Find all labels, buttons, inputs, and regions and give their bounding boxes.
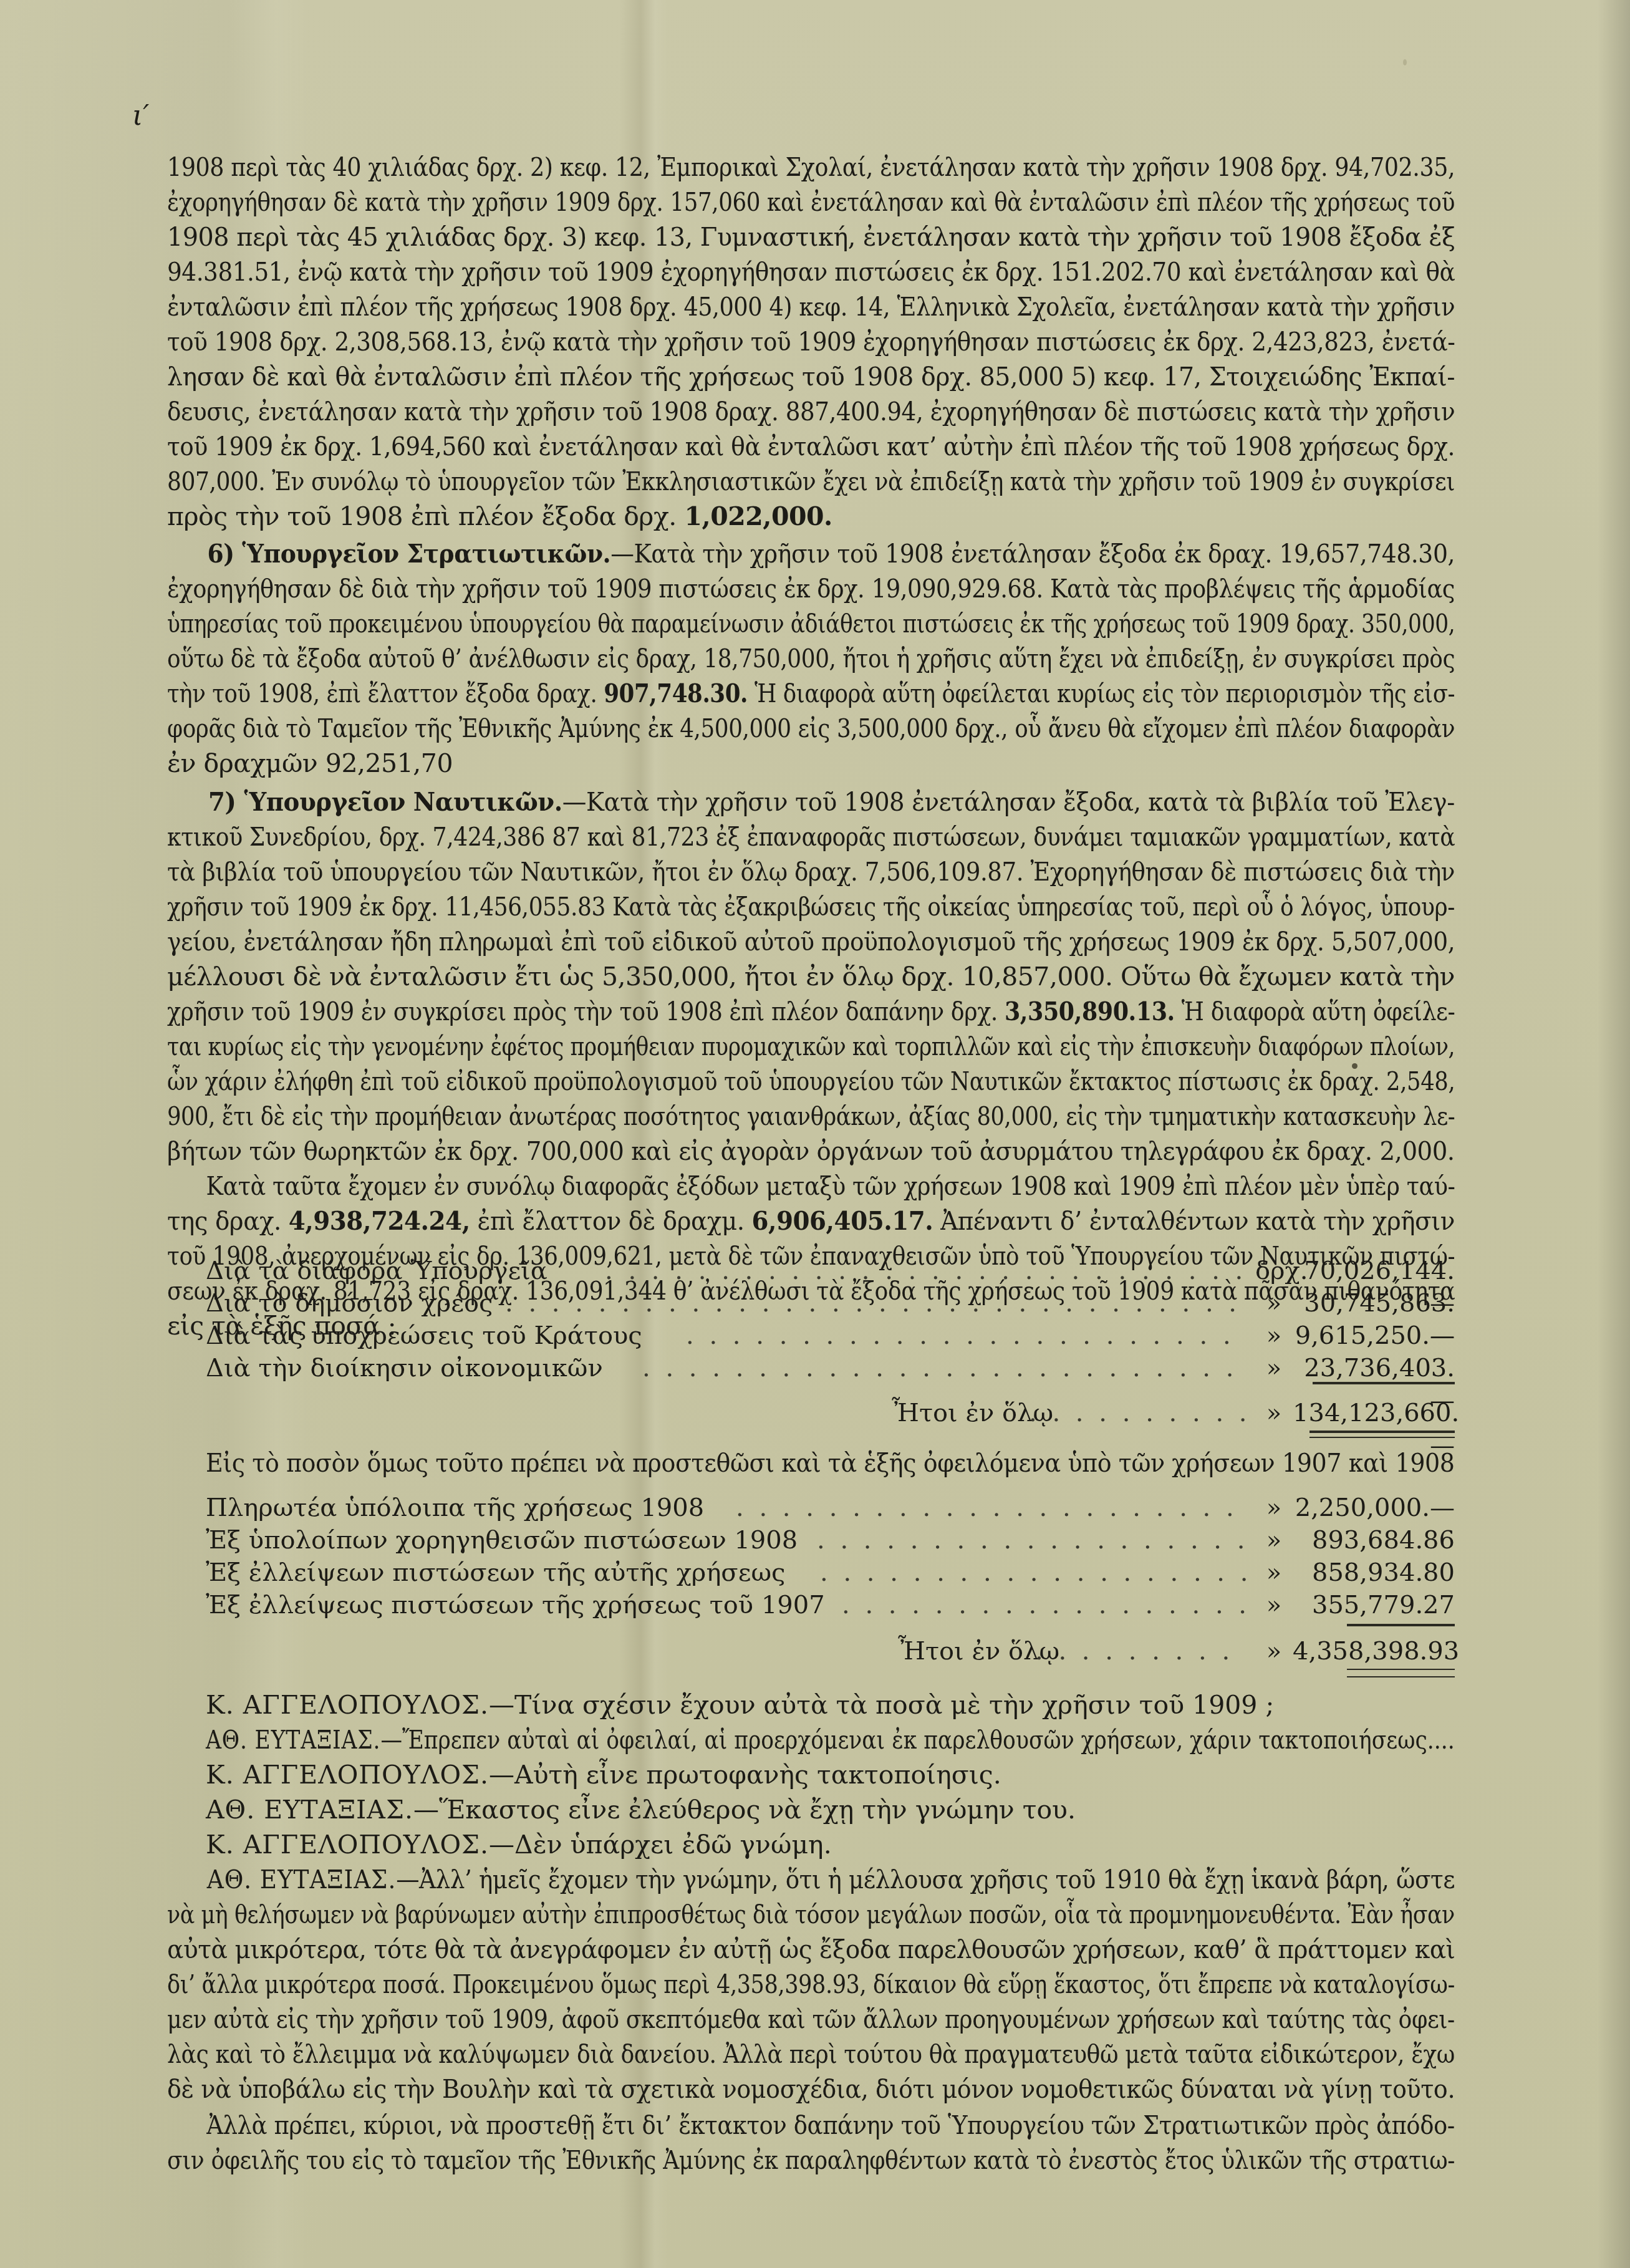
text-line: δὲ νὰ ὑποβάλω εἰς τὴν Βουλὴν καὶ τὰ σχετ… xyxy=(167,2072,1455,2106)
double-rule-bottom xyxy=(1309,1437,1455,1438)
table-row: Ἐξ ἐλλείψεως πιστώσεων τῆς χρήσεως τοῦ 1… xyxy=(206,1589,1455,1621)
text-line: τοῦ 1908 δρχ. 2,308,568.13, ἐνῷ κατὰ τὴν… xyxy=(167,324,1455,359)
dot-leader: . . . . . . . . . . . . . . . . . . . . … xyxy=(820,1556,1247,1589)
text-line: 1908 περὶ τὰς 40 χιλιάδας δρχ. 2) κεφ. 1… xyxy=(167,150,1455,185)
table-row: Διὰ τὰς ὑποχρεώσεις τοῦ Κράτους . . . . … xyxy=(206,1320,1455,1352)
currency-unit: » xyxy=(1255,1492,1293,1524)
bold-amount: 4,938,724.24, xyxy=(289,1206,470,1236)
table-total-row: Ἦτοι ἐν ὅλῳ . . . . . . . . . . . . . . … xyxy=(206,1635,1455,1667)
text-line: χρῆσιν τοῦ 1909 ἐν συγκρίσει πρὸς τὴν το… xyxy=(167,994,1455,1029)
row-label: Διὰ τὴν διοίκησιν οἰκονομικῶν xyxy=(206,1352,603,1384)
text-line: 807,000. Ἐν συνόλῳ τὸ ὑπουργεῖον τῶν Ἐκκ… xyxy=(167,464,1455,499)
currency-unit: » xyxy=(1255,1397,1293,1429)
dialogue-line: ΑΘ. ΕΥΤΑΞΙΑΣ.—Ἔπρεπεν αὐταὶ αἱ ὀφειλαί, … xyxy=(206,1722,1455,1757)
text-line: σιν ὀφειλῆς του εἰς τὸ ταμεῖον τῆς Ἐθνικ… xyxy=(167,2143,1455,2178)
speaker-name: Κ. ΑΓΓΕΛΟΠΟΥΛΟΣ. xyxy=(206,1760,489,1790)
text-line: ΑΘ. ΕΥΤΑΞΙΑΣ.—Ἀλλ’ ἡμεῖς ἔχομεν τὴν γνώμ… xyxy=(167,1862,1455,1897)
text-line: ἐχορηγήθησαν δὲ κατὰ τὴν χρῆσιν 1909 δρχ… xyxy=(167,185,1455,220)
table-row: Ἐξ ἐλλείψεων πιστώσεων τῆς αὐτῆς χρήσεως… xyxy=(206,1556,1455,1589)
dialogue-line: Κ. ΑΓΓΕΛΟΠΟΥΛΟΣ.—Τίνα σχέσιν ἔχουν αὐτὰ … xyxy=(206,1687,1274,1722)
text-line: μέλλουσι δὲ νὰ ἐνταλῶσιν ἔτι ὡς 5,350,00… xyxy=(167,959,1455,994)
currency-unit: » xyxy=(1255,1524,1293,1556)
text-line: Ἀλλὰ πρέπει, κύριοι, νὰ προστεθῇ ἔτι δι’… xyxy=(167,2108,1455,2143)
dialogue-line: Κ. ΑΓΓΕΛΟΠΟΥΛΟΣ.—Δὲν ὑπάρχει ἐδῶ γνώμη. xyxy=(206,1827,832,1862)
speaker-name: ΑΘ. ΕΥΤΑΞΙΑΣ. xyxy=(206,1795,413,1825)
bold-amount: 907,748.30. xyxy=(604,678,748,708)
row-label: Διὰ τὰ διάφορα Ὑπουργεῖα xyxy=(206,1255,547,1287)
text-line: 7) Ὑπουργεῖον Ναυτικῶν.—Κατὰ τὴν χρῆσιν … xyxy=(167,784,1455,819)
speaker-name: ΑΘ. ΕΥΤΑΞΙΑΣ. xyxy=(206,1725,380,1755)
paper-speck xyxy=(1352,1063,1358,1069)
table-row: Ἐξ ὑπολοίπων χορηγηθεισῶν πιστώσεων 1908… xyxy=(206,1524,1455,1556)
speaker-name: ΑΘ. ΕΥΤΑΞΙΑΣ. xyxy=(207,1865,396,1894)
currency-unit: » xyxy=(1255,1635,1293,1667)
row-amount: 893,684.86 xyxy=(1293,1524,1455,1556)
text-line: δευσις, ἐνετάλησαν κατὰ τὴν χρῆσιν τοῦ 1… xyxy=(167,394,1455,429)
row-amount: 2,250,000.— xyxy=(1293,1492,1455,1524)
dialogue-line: ΑΘ. ΕΥΤΑΞΙΑΣ.—Ἕκαστος εἶνε ἐλεύθερος νὰ … xyxy=(206,1792,1076,1827)
text-line: κτικοῦ Συνεδρίου, δρχ. 7,424,386 87 καὶ … xyxy=(167,819,1455,854)
speaker-name: Κ. ΑΓΓΕΛΟΠΟΥΛΟΣ. xyxy=(206,1690,489,1720)
dot-leader: . . . . . . . . . . . . . . . . . . . . … xyxy=(736,1492,1247,1524)
bold-amount: 3,350,890.13. xyxy=(1005,996,1175,1026)
currency-unit: δρχ. xyxy=(1255,1255,1293,1287)
text-line: 900, ἔτι δὲ εἰς τὴν προμήθειαν ἀνωτέρας … xyxy=(167,1099,1455,1134)
speech-text: —Ἔπρεπεν αὐταὶ αἱ ὀφειλαί, αἱ προερχόμεν… xyxy=(380,1725,1454,1755)
text-line: δι’ ἄλλα μικρότερα ποσά. Προκειμένου ὅμω… xyxy=(167,1967,1455,2002)
table-total-row: Ἦτοι ἐν ὅλῳ . . . . . . . . . . . . . . … xyxy=(206,1397,1455,1429)
text-line: ται κυρίως εἰς τὴν γενομένην ἐφέτος προμ… xyxy=(167,1029,1455,1064)
text-line: 94.381.51, ἐνῷ κατὰ τὴν χρῆσιν τοῦ 1909 … xyxy=(167,254,1455,289)
text-line: ἐνταλῶσιν ἐπὶ πλέον τῆς χρήσεως 1908 δρχ… xyxy=(167,289,1455,324)
text-line: νὰ μὴ θελήσωμεν νὰ βαρύνωμεν αὐτὴν ἐπιπρ… xyxy=(167,1897,1455,1932)
text-line: τὰ βιβλία τοῦ ὑπουργείου τῶν Ναυτικῶν, ἤ… xyxy=(167,854,1455,889)
dot-leader: . . . . . . . . . . . . . . . . . . . . … xyxy=(505,1287,1247,1320)
paper-speck xyxy=(1403,59,1407,65)
table-row: Πληρωτέα ὑπόλοιπα τῆς χρήσεως 1908 . . .… xyxy=(206,1492,1455,1524)
dot-leader: . . . . . . . . . . . . . . . . . . . . … xyxy=(817,1524,1247,1556)
table-row: Διὰ τὸ δημόσιον χρέος . . . . . . . . . … xyxy=(206,1287,1455,1320)
dot-leader: . . . . . . . . . . . . . . . . . . . . … xyxy=(605,1255,1247,1287)
text-line: τοῦ 1909 ἐκ δρχ. 1,694,560 καὶ ἐνετάλησα… xyxy=(167,429,1455,464)
bold-amount: 6,906,405.17. xyxy=(751,1206,933,1236)
speech-text: —Δὲν ὑπάρχει ἐδῶ γνώμη. xyxy=(489,1830,832,1860)
speech-text: —Τίνα σχέσιν ἔχουν αὐτὰ τὰ ποσὰ μὲ τὴν χ… xyxy=(489,1690,1274,1720)
row-amount: 355,779.27 xyxy=(1293,1589,1455,1621)
row-label: Διὰ τὸ δημόσιον χρέος xyxy=(206,1287,493,1320)
total-amount: 4,358,398.93 xyxy=(1293,1635,1455,1667)
text-line: ὧν χάριν ἐλήφθη ἐπὶ τοῦ εἰδικοῦ προϋπολο… xyxy=(167,1064,1455,1099)
currency-unit: » xyxy=(1255,1287,1293,1320)
text-line: γείου, ἐνετάλησαν ἤδη πληρωμαὶ ἐπὶ τοῦ ε… xyxy=(167,924,1455,959)
text-line: ἐχορηγήθησαν δὲ διὰ τὴν χρῆσιν τοῦ 1909 … xyxy=(167,571,1455,606)
currency-unit: » xyxy=(1255,1589,1293,1621)
speech-text: —Ἕκαστος εἶνε ἐλεύθερος νὰ ἔχῃ τὴν γνώμη… xyxy=(413,1795,1076,1825)
text-line: φορᾶς διὰ τὸ Ταμεῖον τῆς Ἐθνικῆς Ἀμύνης … xyxy=(167,711,1455,746)
table-row: Διὰ τὴν διοίκησιν οἰκονομικῶν . . . . . … xyxy=(206,1352,1455,1384)
currency-unit: » xyxy=(1255,1556,1293,1589)
currency-unit: » xyxy=(1255,1320,1293,1352)
row-label: Ἐξ ἐλλείψεως πιστώσεων τῆς χρήσεως τοῦ 1… xyxy=(206,1589,825,1621)
text-line: βήτων τῶν θωρηκτῶν ἐκ δρχ. 700,000 καὶ ε… xyxy=(167,1134,1455,1169)
speech-text: —Αὐτὴ εἶνε πρωτοφανὴς τακτοποίησις. xyxy=(489,1760,1001,1790)
text-line: της δραχ. 4,938,724.24, ἐπὶ ἔλαττον δὲ δ… xyxy=(167,1204,1455,1238)
table-row: Διὰ τὰ διάφορα Ὑπουργεῖα . . . . . . . .… xyxy=(206,1255,1455,1287)
text-line: οὕτω δὲ τὰ ἔξοδα αὐτοῦ θ’ ἀνέλθωσιν εἰς … xyxy=(167,641,1455,676)
text-line: χρῆσιν τοῦ 1909 ἐκ δρχ. 11,456,055.83 Κα… xyxy=(167,889,1455,924)
dot-leader: . . . . . . . . . . . . . . . . . . xyxy=(1035,1635,1247,1667)
text-line: 6) Ὑπουργεῖον Στρατιωτικῶν.—Κατὰ τὴν χρῆ… xyxy=(167,536,1455,571)
text-line: λησαν δὲ καὶ θὰ ἐνταλῶσιν ἐπὶ πλέον τῆς … xyxy=(167,359,1455,394)
sum-rule xyxy=(1347,1624,1455,1626)
row-label: Ἐξ ἐλλείψεων πιστώσεων τῆς αὐτῆς χρήσεως xyxy=(206,1556,785,1589)
section-heading: 6) Ὑπουργεῖον Στρατιωτικῶν. xyxy=(207,539,610,569)
dialogue-line: Κ. ΑΓΓΕΛΟΠΟΥΛΟΣ.—Αὐτὴ εἶνε πρωτοφανὴς τα… xyxy=(206,1757,1001,1792)
text-line: αὐτὰ μικρότερα, τότε θὰ τὰ ἀνεγράφομεν ἐ… xyxy=(167,1932,1455,1967)
sum-rule xyxy=(1313,1382,1455,1384)
dot-leader: . . . . . . . . . . . . . . . . . . . . xyxy=(1029,1397,1247,1429)
double-rule-top xyxy=(1309,1431,1455,1433)
text-line: μεν αὐτὰ εἰς τὴν χρῆσιν τοῦ 1909, ἀφοῦ σ… xyxy=(167,2002,1455,2037)
speaker-name: Κ. ΑΓΓΕΛΟΠΟΥΛΟΣ. xyxy=(206,1830,489,1860)
text-line: ὑπηρεσίας τοῦ προκειμένου ὑπουργείου θὰ … xyxy=(167,606,1455,641)
dot-leader: . . . . . . . . . . . . . . . . . . . . … xyxy=(686,1320,1247,1352)
text-line: ἐν δραχμῶν 92,251,70 xyxy=(167,746,1455,781)
text-line: λὰς καὶ τὸ ἔλλειμμα νὰ καλύψωμεν διὰ δαν… xyxy=(167,2037,1455,2072)
row-amount: 9,615,250.— xyxy=(1293,1320,1455,1352)
text-line: 1908 περὶ τὰς 45 χιλιάδας δρχ. 3) κεφ. 1… xyxy=(167,220,1455,254)
currency-unit: » xyxy=(1255,1352,1293,1384)
text-line: τὴν τοῦ 1908, ἐπὶ ἔλαττον ἔξοδα δραχ. 90… xyxy=(167,676,1455,711)
text-line: πρὸς τὴν τοῦ 1908 ἐπὶ πλέον ἔξοδα δρχ. 1… xyxy=(167,499,1455,534)
dot-leader: . . . . . . . . . . . . . . . . . . . . … xyxy=(642,1352,1247,1384)
row-amount: 858,934.80 xyxy=(1293,1556,1455,1589)
row-label: Ἐξ ὑπολοίπων χορηγηθεισῶν πιστώσεων 1908 xyxy=(206,1524,798,1556)
double-rule-bottom xyxy=(1347,1676,1455,1677)
page-number: ι′ xyxy=(132,100,149,132)
dot-leader: . . . . . . . . . . . . . . . . . . . . … xyxy=(842,1589,1247,1621)
row-label: Διὰ τὰς ὑποχρεώσεις τοῦ Κράτους xyxy=(206,1320,642,1352)
debts-intro: Εἰς τὸ ποσὸν ὅμως τοῦτο πρέπει νὰ προστε… xyxy=(206,1445,1455,1480)
bold-amount: 1,022,000. xyxy=(684,501,832,531)
text-line: Κατὰ ταῦτα ἔχομεν ἐν συνόλῳ διαφορᾶς ἐξό… xyxy=(167,1169,1455,1204)
double-rule-top xyxy=(1347,1669,1455,1670)
row-label: Πληρωτέα ὑπόλοιπα τῆς χρήσεως 1908 xyxy=(206,1492,704,1524)
section-heading: 7) Ὑπουργεῖον Ναυτικῶν. xyxy=(208,787,562,817)
